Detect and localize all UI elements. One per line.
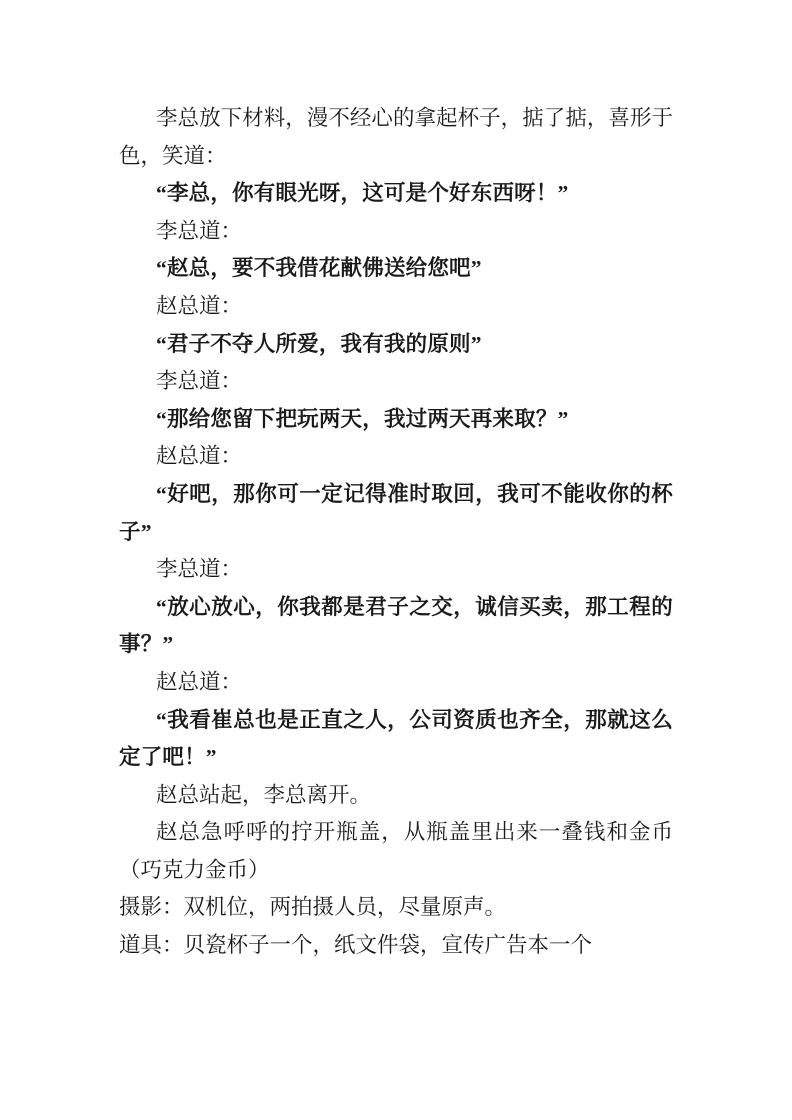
narration-paragraph: 赵总站起，李总离开。 bbox=[119, 777, 673, 815]
production-note-props: 道具：贝瓷杯子一个，纸文件袋，宣传广告本一个 bbox=[119, 927, 673, 965]
dialogue-paragraph: “那给您留下把玩两天，我过两天再来取？” bbox=[119, 401, 673, 439]
speaker-tag: 赵总道： bbox=[119, 288, 673, 326]
speaker-tag: 李总道： bbox=[119, 213, 673, 251]
dialogue-paragraph: “好吧，那你可一定记得准时取回，我可不能收你的杯子” bbox=[119, 476, 673, 551]
dialogue-paragraph: “君子不夺人所爱，我有我的原则” bbox=[119, 326, 673, 364]
speaker-tag: 李总道： bbox=[119, 363, 673, 401]
dialogue-paragraph: “放心放心，你我都是君子之交，诚信买卖，那工程的事？” bbox=[119, 589, 673, 664]
dialogue-paragraph: “赵总，要不我借花献佛送给您吧” bbox=[119, 250, 673, 288]
dialogue-paragraph: “我看崔总也是正直之人，公司资质也齐全，那就这么定了吧！” bbox=[119, 702, 673, 777]
dialogue-paragraph: “李总，你有眼光呀，这可是个好东西呀！” bbox=[119, 175, 673, 213]
speaker-tag: 李总道： bbox=[119, 551, 673, 589]
narration-paragraph: 赵总急呼呼的拧开瓶盖，从瓶盖里出来一叠钱和金币（巧克力金币） bbox=[119, 814, 673, 889]
speaker-tag: 赵总道： bbox=[119, 664, 673, 702]
speaker-tag: 赵总道： bbox=[119, 438, 673, 476]
narration-paragraph: 李总放下材料，漫不经心的拿起杯子，掂了掂，喜形于色，笑道： bbox=[119, 100, 673, 175]
document-page: 李总放下材料，漫不经心的拿起杯子，掂了掂，喜形于色，笑道： “李总，你有眼光呀，… bbox=[0, 0, 792, 1120]
script-text-block: 李总放下材料，漫不经心的拿起杯子，掂了掂，喜形于色，笑道： “李总，你有眼光呀，… bbox=[119, 100, 673, 965]
production-note-camera: 摄影：双机位，两拍摄人员，尽量原声。 bbox=[119, 889, 673, 927]
